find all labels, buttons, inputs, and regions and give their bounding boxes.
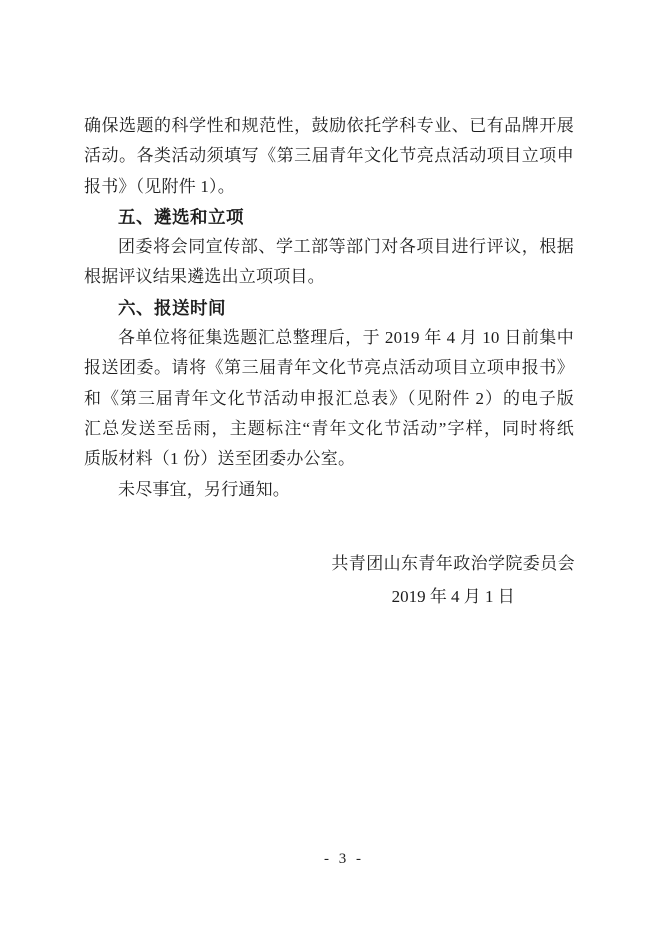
page-footer: - 3 - bbox=[84, 850, 604, 868]
body-line: 根据评议结果遴选出立项项目。 bbox=[84, 262, 574, 292]
body-line: 确保选题的科学性和规范性，鼓励依托学科专业、已有品牌开展 bbox=[84, 111, 574, 141]
body-line: 质版材料（1 份）送至团委办公室。 bbox=[84, 444, 574, 474]
page-number: - 3 - bbox=[324, 851, 364, 867]
section-heading-6: 六、报送时间 bbox=[84, 293, 574, 323]
signature-organization: 共青团山东青年政治学院委员会 bbox=[331, 547, 575, 580]
document-body: 确保选题的科学性和规范性，鼓励依托学科专业、已有品牌开展 活动。各类活动须填写《… bbox=[84, 111, 574, 505]
body-line: 活动。各类活动须填写《第三届青年文化节亮点活动项目立项申 bbox=[84, 141, 574, 171]
body-line: 汇总发送至岳雨，主题标注“青年文化节活动”字样，同时将纸 bbox=[84, 414, 574, 444]
body-line: 和《第三届青年文化节活动申报汇总表》（见附件 2）的电子版 bbox=[84, 384, 574, 414]
body-line: 报送团委。请将《第三届青年文化节亮点活动项目立项申报书》 bbox=[84, 353, 574, 383]
body-line: 未尽事宜，另行通知。 bbox=[84, 475, 574, 505]
document-page: 确保选题的科学性和规范性，鼓励依托学科专业、已有品牌开展 活动。各类活动须填写《… bbox=[0, 0, 655, 925]
body-line: 各单位将征集选题汇总整理后，于 2019 年 4 月 10 日前集中 bbox=[84, 323, 574, 353]
section-heading-5: 五、遴选和立项 bbox=[84, 202, 574, 232]
body-line: 报书》（见附件 1）。 bbox=[84, 172, 574, 202]
signature-block: 共青团山东青年政治学院委员会 2019 年 4 月 1 日 bbox=[331, 547, 575, 614]
body-line: 团委将会同宣传部、学工部等部门对各项目进行评议，根据 bbox=[84, 232, 574, 262]
signature-date: 2019 年 4 月 1 日 bbox=[331, 580, 575, 614]
